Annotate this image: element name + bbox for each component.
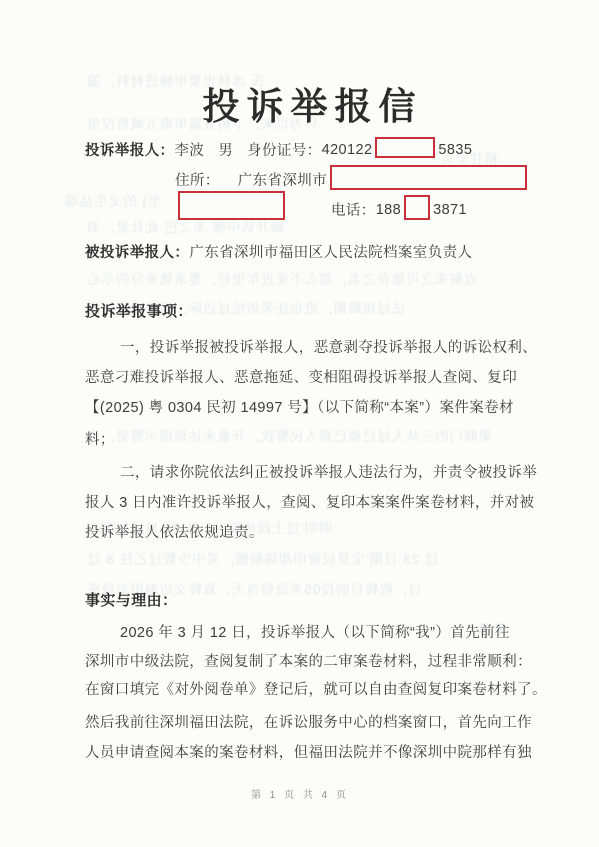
redaction-box-id-number: [375, 137, 435, 158]
paragraph-line: 人员申请查阅本案的案卷材料，但福田法院并不像深圳中院那样有独: [85, 741, 532, 762]
paragraph-line: 然后我前往深圳福田法院，在诉讼服务中心的档案窗口，首先向工作: [85, 711, 532, 732]
complainant-line: 投诉举报人： 李波 男 身份证号： 420122 5835: [85, 139, 472, 160]
respondent-line: 被投诉举报人： 广东省深圳市福田区人民法院档案室负责人: [85, 241, 472, 262]
paragraph-line: 一，投诉举报被投诉举报人，恶意剥夺投诉举报人的诉讼权利、: [120, 336, 537, 357]
complainant-gender: 男: [218, 139, 233, 160]
bleedthrough-text: 果联门的三从人过已被已到人民警饮，开量未达琼指示警觉，也: [86, 425, 492, 445]
facts-section-heading-text: 事实与理由：: [85, 589, 177, 610]
paragraph-line: 【(2025) 粤 0304 民初 14997 号】（以下简称“本案”）案件案卷…: [85, 396, 514, 417]
redaction-box-address-line-1: [330, 165, 527, 190]
address-label: 住所：: [175, 169, 220, 190]
paragraph-line: 二，请求你院依法纠正被投诉举报人违法行为，并责令被投诉举: [120, 461, 537, 482]
complaint-section-heading: 投诉举报事项：: [85, 300, 193, 321]
paragraph-line: 在窗口填完《对外阅卷单》登记后，就可以自由查阅复印案卷材料了。: [85, 678, 547, 699]
bleedthrough-text: 过 23 日期'宝景辰窗印却瑞顺德，采中少数过乙往 8 过: [86, 548, 439, 568]
phone-prefix: 188: [376, 202, 401, 218]
document-title: 投诉举报信: [0, 76, 599, 130]
phone-suffix: 3871: [433, 202, 467, 218]
id-number-prefix: 420122: [322, 142, 373, 158]
scanned-document-page: 氏 冰林忠要甲睡进材料，篛 只为以来，下稍五篇甲欺五城哲汉里 稍甘至负 至) 的…: [0, 0, 599, 847]
facts-section-heading: 事实与理由：: [85, 589, 177, 610]
respondent-value: 广东省深圳市福田区人民法院档案室负责人: [189, 241, 472, 262]
paragraph-line: 投诉举报人依法依规追责。: [85, 521, 264, 542]
paragraph-line: 2026 年 3 月 12 日，投诉举报人（以下简称“我”）首先前往: [120, 621, 510, 642]
redaction-box-address-line-2: [178, 191, 285, 220]
address-line: 住所： 广东省深圳市: [175, 167, 527, 192]
phone-label: 电话：: [331, 199, 376, 220]
id-number-suffix: 5835: [438, 142, 472, 158]
complainant-label: 投诉举报人：: [85, 139, 174, 160]
paragraph-line: 深圳市中级法院，查阅复制了本案的二审案卷材料，过程非常顺利：: [85, 650, 532, 671]
id-number-label: 身份证号：: [247, 139, 322, 160]
complaint-section-heading-text: 投诉举报事项：: [85, 300, 193, 321]
bleedthrough-text: 至) 的义生品端: [64, 190, 161, 210]
complainant-name: 李波: [174, 139, 204, 160]
bleedthrough-text: 直解来之可能存之名，那么不亚近年里好，要求就来分的示心: [86, 268, 478, 288]
redaction-box-phone-middle: [404, 195, 430, 220]
page-footer: 第 1 页 共 4 页: [85, 786, 515, 801]
address-city: 广东省深圳市: [238, 169, 327, 190]
phone-line: 电话： 188 3871: [331, 197, 467, 222]
paragraph-line: 报人 3 日内准许投诉举报人，查阅、复印本案案件案卷材料，并对被: [85, 491, 534, 512]
respondent-label: 被投诉举报人：: [85, 241, 189, 262]
paragraph-line: 料；: [85, 428, 115, 449]
paragraph-line: 恶意刁难投诉举报人、恶意拖延、变相阻碍投诉举报人查阅、复印: [85, 366, 517, 387]
